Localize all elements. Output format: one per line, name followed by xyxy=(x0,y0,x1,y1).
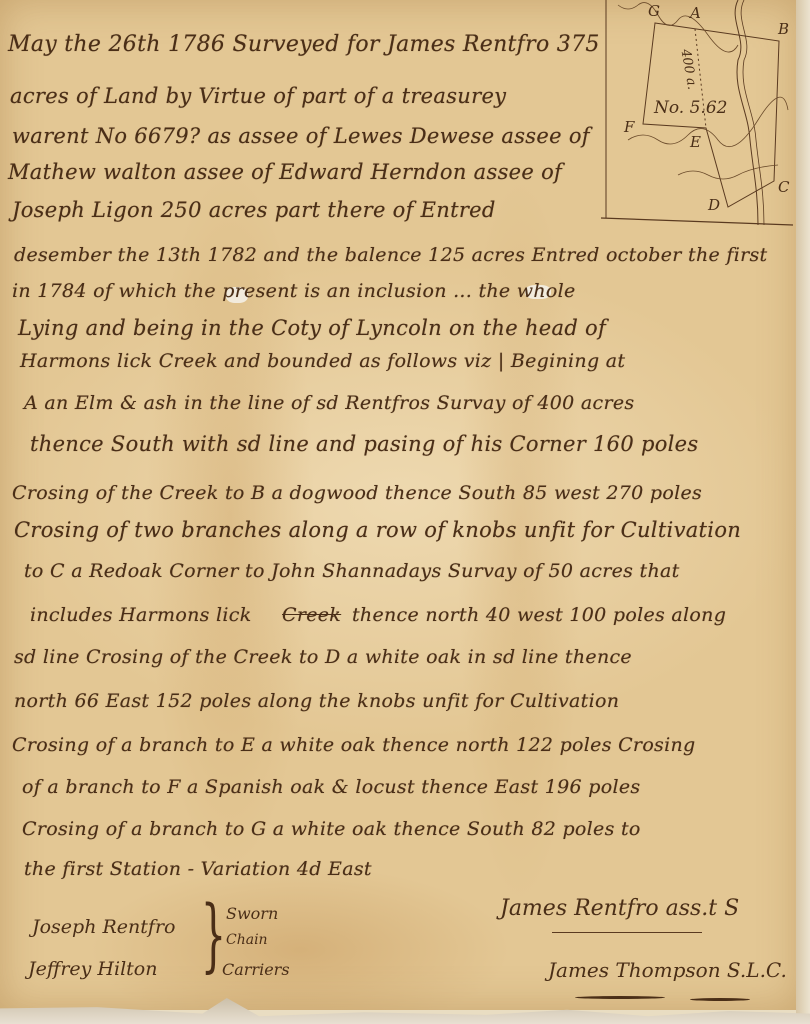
signature-county-surveyor: James Thompson S.L.C. xyxy=(548,958,787,982)
survey-line: of a branch to F a Spanish oak & locust … xyxy=(22,776,640,798)
signature-assistant-surveyor: James Rentfro ass.t S xyxy=(500,896,739,921)
oath-word-chain: Chain xyxy=(226,932,268,948)
survey-line: Mathew walton assee of Edward Herndon as… xyxy=(8,160,562,184)
survey-line: May the 26th 1786 Surveyed for James Ren… xyxy=(8,32,600,57)
plat-corner-g: G xyxy=(648,2,660,20)
struck-word: Creek xyxy=(282,604,341,626)
signature-underline xyxy=(552,932,702,933)
survey-line: sd line Crosing of the Creek to D a whit… xyxy=(14,646,632,668)
survey-line: Lying and being in the Coty of Lyncoln o… xyxy=(18,316,606,340)
plat-corner-a: A xyxy=(690,4,701,22)
plat-corner-c: C xyxy=(778,178,789,196)
survey-line: Crosing of a branch to E a white oak the… xyxy=(12,734,696,756)
survey-line: Joseph Ligon 250 acres part there of Ent… xyxy=(12,198,496,222)
paper-right-edge xyxy=(796,0,810,1024)
flourish-stroke xyxy=(575,996,665,999)
survey-line: desember the 13th 1782 and the balence 1… xyxy=(14,244,767,266)
survey-line: north 66 East 152 poles along the knobs … xyxy=(14,690,619,712)
survey-line-part: includes Harmons lick xyxy=(30,604,252,626)
survey-line: Crosing of two branches along a row of k… xyxy=(14,518,741,542)
survey-line-part: thence north 40 west 100 poles along xyxy=(352,604,726,626)
oath-word-sworn: Sworn xyxy=(226,904,278,923)
signature-chain-carrier-2: Jeffrey Hilton xyxy=(28,958,157,980)
oath-word-carriers: Carriers xyxy=(222,960,290,979)
survey-line: to C a Redoak Corner to John Shannadays … xyxy=(24,560,680,582)
survey-line: in 1784 of which the present is an inclu… xyxy=(12,280,576,302)
survey-line: warent No 6679? as assee of Lewes Dewese… xyxy=(12,124,590,148)
survey-plat-diagram: G A B C D E F No. 5.62 400 a. xyxy=(598,0,798,232)
plat-tract-number: No. 5.62 xyxy=(654,98,727,118)
survey-line: Harmons lick Creek and bounded as follow… xyxy=(20,350,625,372)
survey-line: acres of Land by Virtue of part of a tre… xyxy=(10,84,506,108)
plat-corner-b: B xyxy=(778,20,789,38)
survey-line: Crosing of the Creek to B a dogwood then… xyxy=(12,482,702,504)
plat-corner-f: F xyxy=(624,118,634,136)
survey-line: thence South with sd line and pasing of … xyxy=(30,432,699,456)
signature-chain-carrier-1: Joseph Rentfro xyxy=(32,916,175,938)
flourish-stroke xyxy=(690,998,750,1001)
survey-line: A an Elm & ash in the line of sd Rentfro… xyxy=(24,392,634,414)
survey-line: the first Station - Variation 4d East xyxy=(24,858,372,880)
plat-corner-d: D xyxy=(708,196,720,214)
survey-line: Crosing of a branch to G a white oak the… xyxy=(22,818,641,840)
plat-corner-e: E xyxy=(690,133,701,151)
